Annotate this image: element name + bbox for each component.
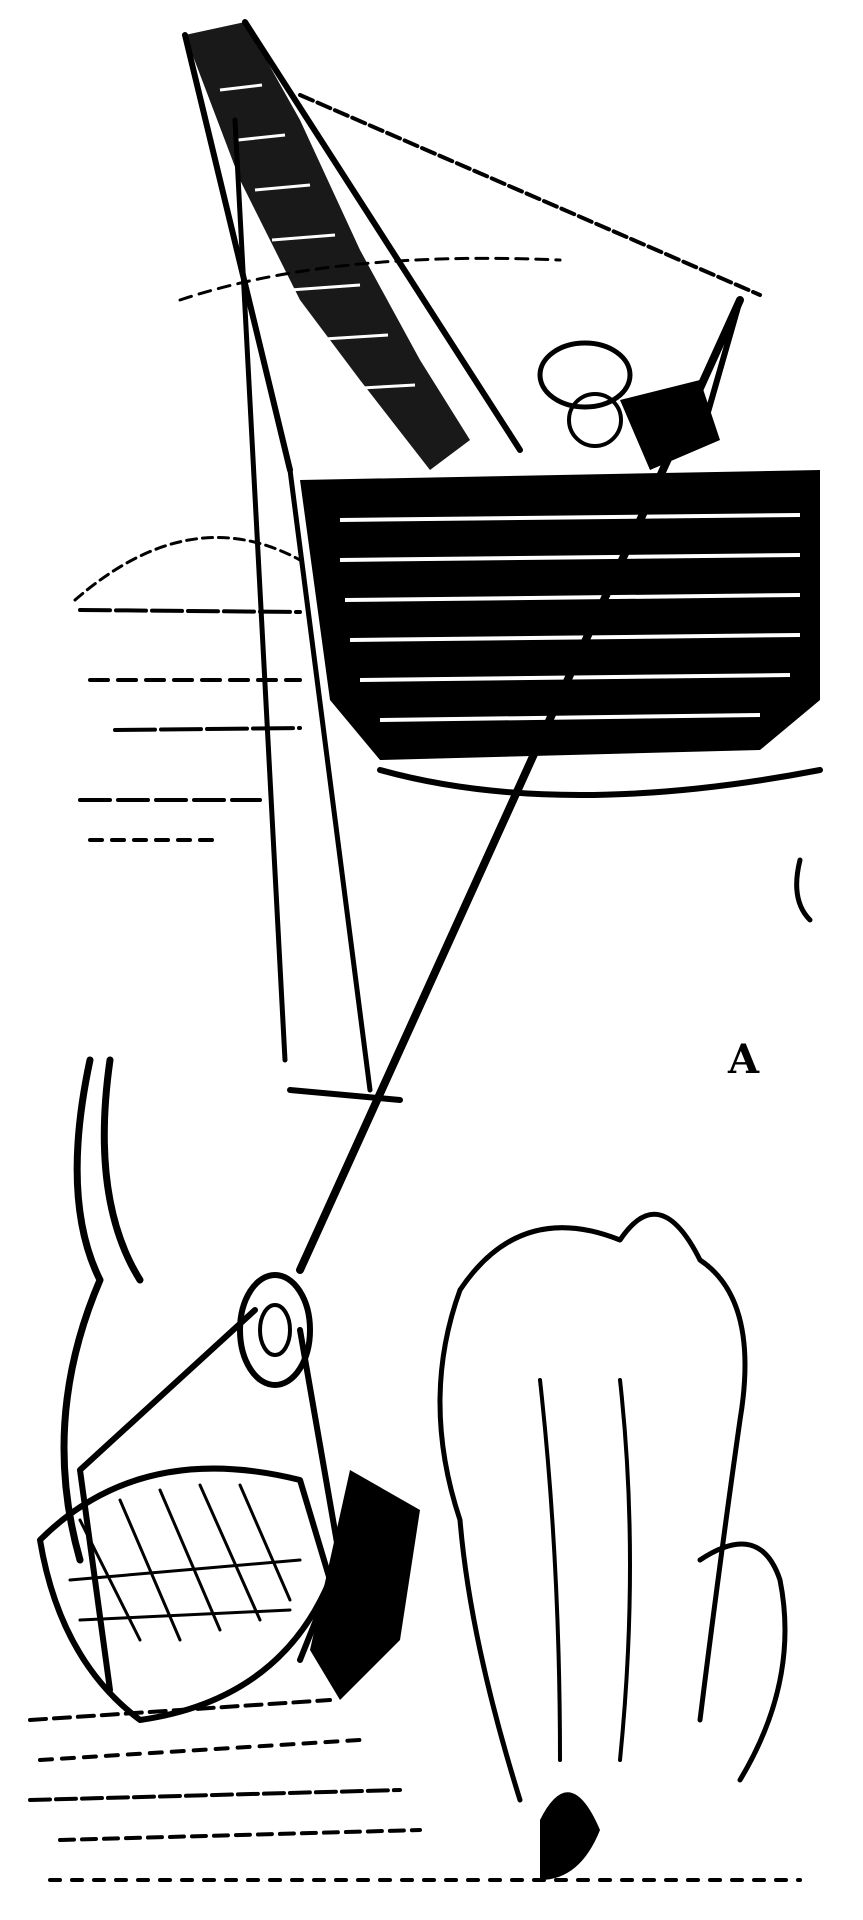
guy-rope bbox=[300, 95, 760, 295]
seabed-rock bbox=[40, 1469, 330, 1720]
seabed-plant bbox=[440, 1214, 785, 1800]
seabed-ground bbox=[30, 1700, 800, 1880]
operator-figure bbox=[540, 300, 740, 470]
edge-stroke bbox=[797, 860, 810, 920]
hoist-rope-left bbox=[235, 120, 285, 1060]
grab-bucket bbox=[64, 1060, 420, 1700]
woodcut-illustration bbox=[0, 0, 863, 1920]
boat-hull bbox=[300, 470, 820, 795]
figure-label-a: A bbox=[728, 1040, 759, 1080]
distant-hill bbox=[75, 538, 300, 601]
crane-jib bbox=[185, 22, 520, 470]
